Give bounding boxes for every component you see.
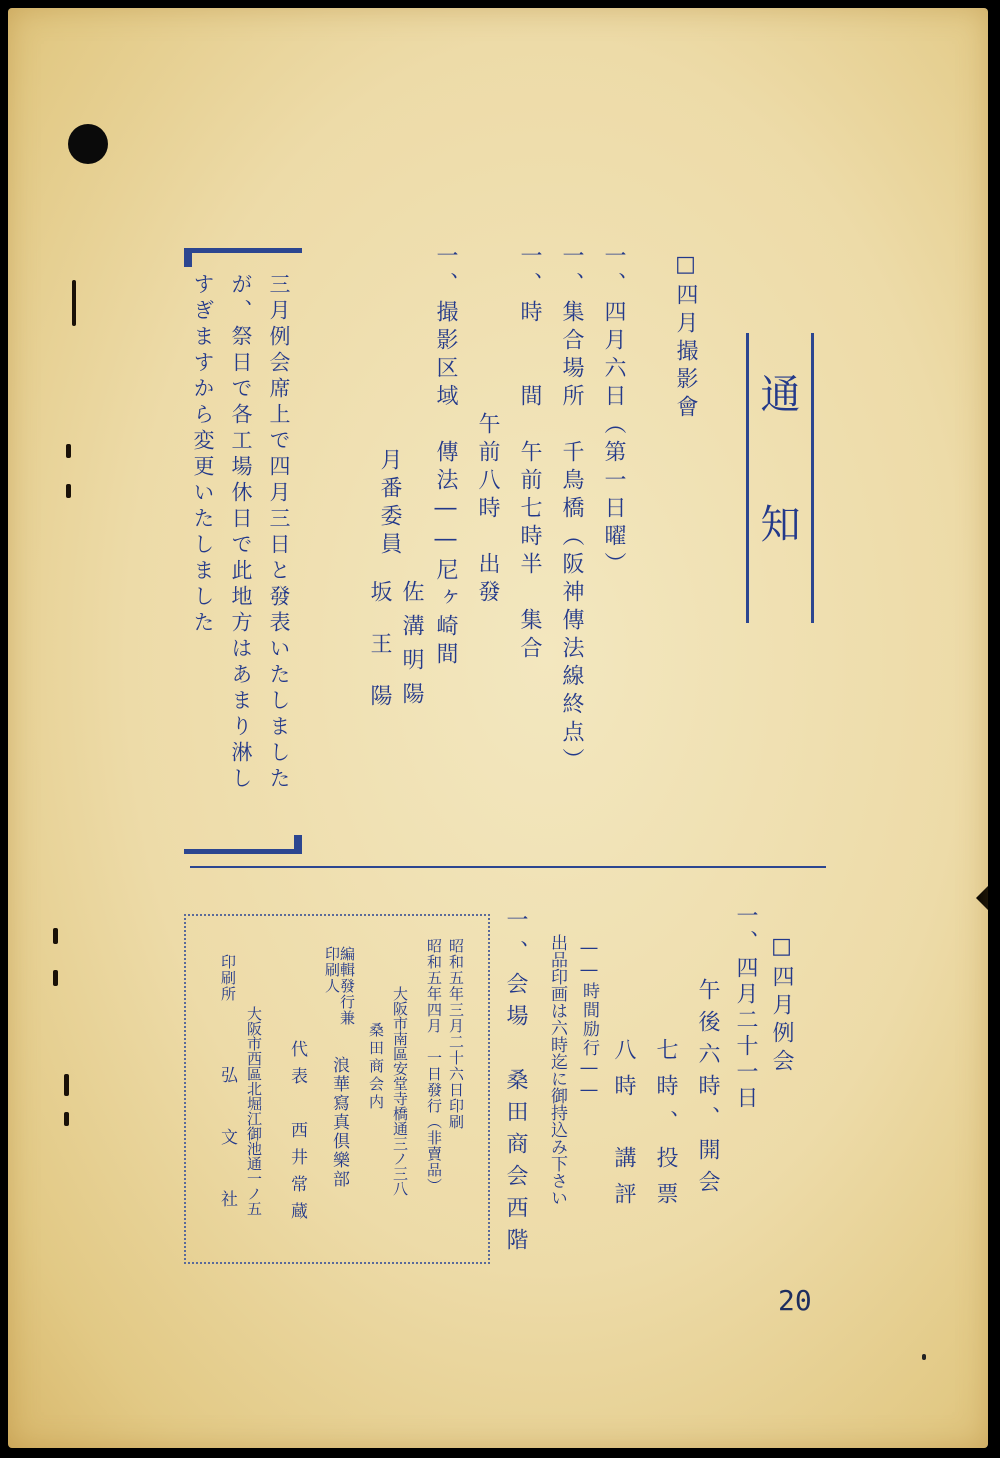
printer-name: 弘 文 社 (218, 1066, 235, 1221)
colophon-box: 昭和五年三月二十六日印刷 昭和五年四月 一日發行（非賣品） 大阪市南區安堂寺橋通… (184, 914, 490, 1264)
punch-mark (53, 970, 58, 986)
shoot-area: 一、撮影区域 傳法――尼ヶ崎間 (434, 244, 456, 670)
page-title: 通知 (757, 373, 797, 633)
notice-line: すぎますから変更いたしました (192, 273, 213, 637)
paper-tear (976, 886, 988, 910)
shoot-departure: 午前八時 出發 (476, 412, 498, 608)
april-shoot-heading: □四月撮影會 (674, 252, 696, 423)
ink-speck (922, 1354, 926, 1360)
issue-date: 昭和五年四月 一日發行（非賣品） (426, 938, 441, 1194)
punch-mark (66, 484, 71, 498)
meeting-venue: 一、会場 桑田商会西階 (504, 908, 526, 1260)
title-frame: 通知 (746, 333, 814, 623)
punctuality-note: ――時間励行―― (580, 938, 597, 1102)
april-meeting-heading: □四月例会 (770, 934, 792, 1077)
staple-mark (64, 1112, 69, 1126)
section-divider (190, 866, 826, 868)
printer-address: 大阪市西區北堀江御池通一ノ五 (246, 1006, 261, 1216)
meeting-date: 一、四月二十一日 (734, 904, 756, 1112)
club-name: 浪華寫真倶樂部 (330, 1056, 347, 1189)
notice-line: が、祭日で各工場休日で此地方はあまり淋し (230, 273, 251, 793)
staple-mark (72, 280, 76, 326)
committee-member: 坂王陽 (368, 580, 390, 736)
shoot-meeting-place: 一、集合場所 千鳥橋（阪神傳法線終点） (560, 244, 582, 776)
change-notice-box: 三月例会席上で四月三日と發表いたしました が、祭日で各工場休日で此地方はあまり淋… (184, 248, 302, 854)
representative: 代表 西井常蔵 (288, 1040, 305, 1229)
editor-label: 編輯發行兼印刷人 (318, 946, 354, 1026)
meeting-vote: 七時、投票 (654, 1038, 676, 1218)
printer-label: 印刷所 (220, 954, 235, 1002)
shoot-time: 一、時 間 午前七時半 集合 (518, 244, 540, 664)
publisher-address: 大阪市南區安堂寺橋通三ノ三八 (392, 986, 407, 1196)
print-date: 昭和五年三月二十六日印刷 (448, 938, 463, 1130)
meeting-open: 午後六時、開会 (696, 978, 718, 1202)
meeting-review: 八時 講評 (612, 1038, 634, 1218)
shoot-date: 一、四月六日（第一日曜） (602, 244, 624, 580)
punch-mark (66, 444, 71, 458)
committee-member: 佐溝明陽 (400, 580, 422, 716)
committee-label: 月番委員 (378, 448, 400, 560)
notice-line: 三月例会席上で四月三日と發表いたしました (268, 273, 289, 793)
binding-hole (68, 124, 108, 164)
publisher-care-of: 桑田商会内 (368, 1022, 383, 1112)
staple-mark (64, 1074, 69, 1096)
punch-mark (53, 928, 58, 944)
document-page: 通知 □四月撮影會 一、四月六日（第一日曜） 一、集合場所 千鳥橋（阪神傳法線終… (8, 8, 988, 1448)
page-number: 20 (778, 1284, 812, 1317)
submission-note: 出品印画は六時迄に御持込み下さい (548, 934, 565, 1206)
